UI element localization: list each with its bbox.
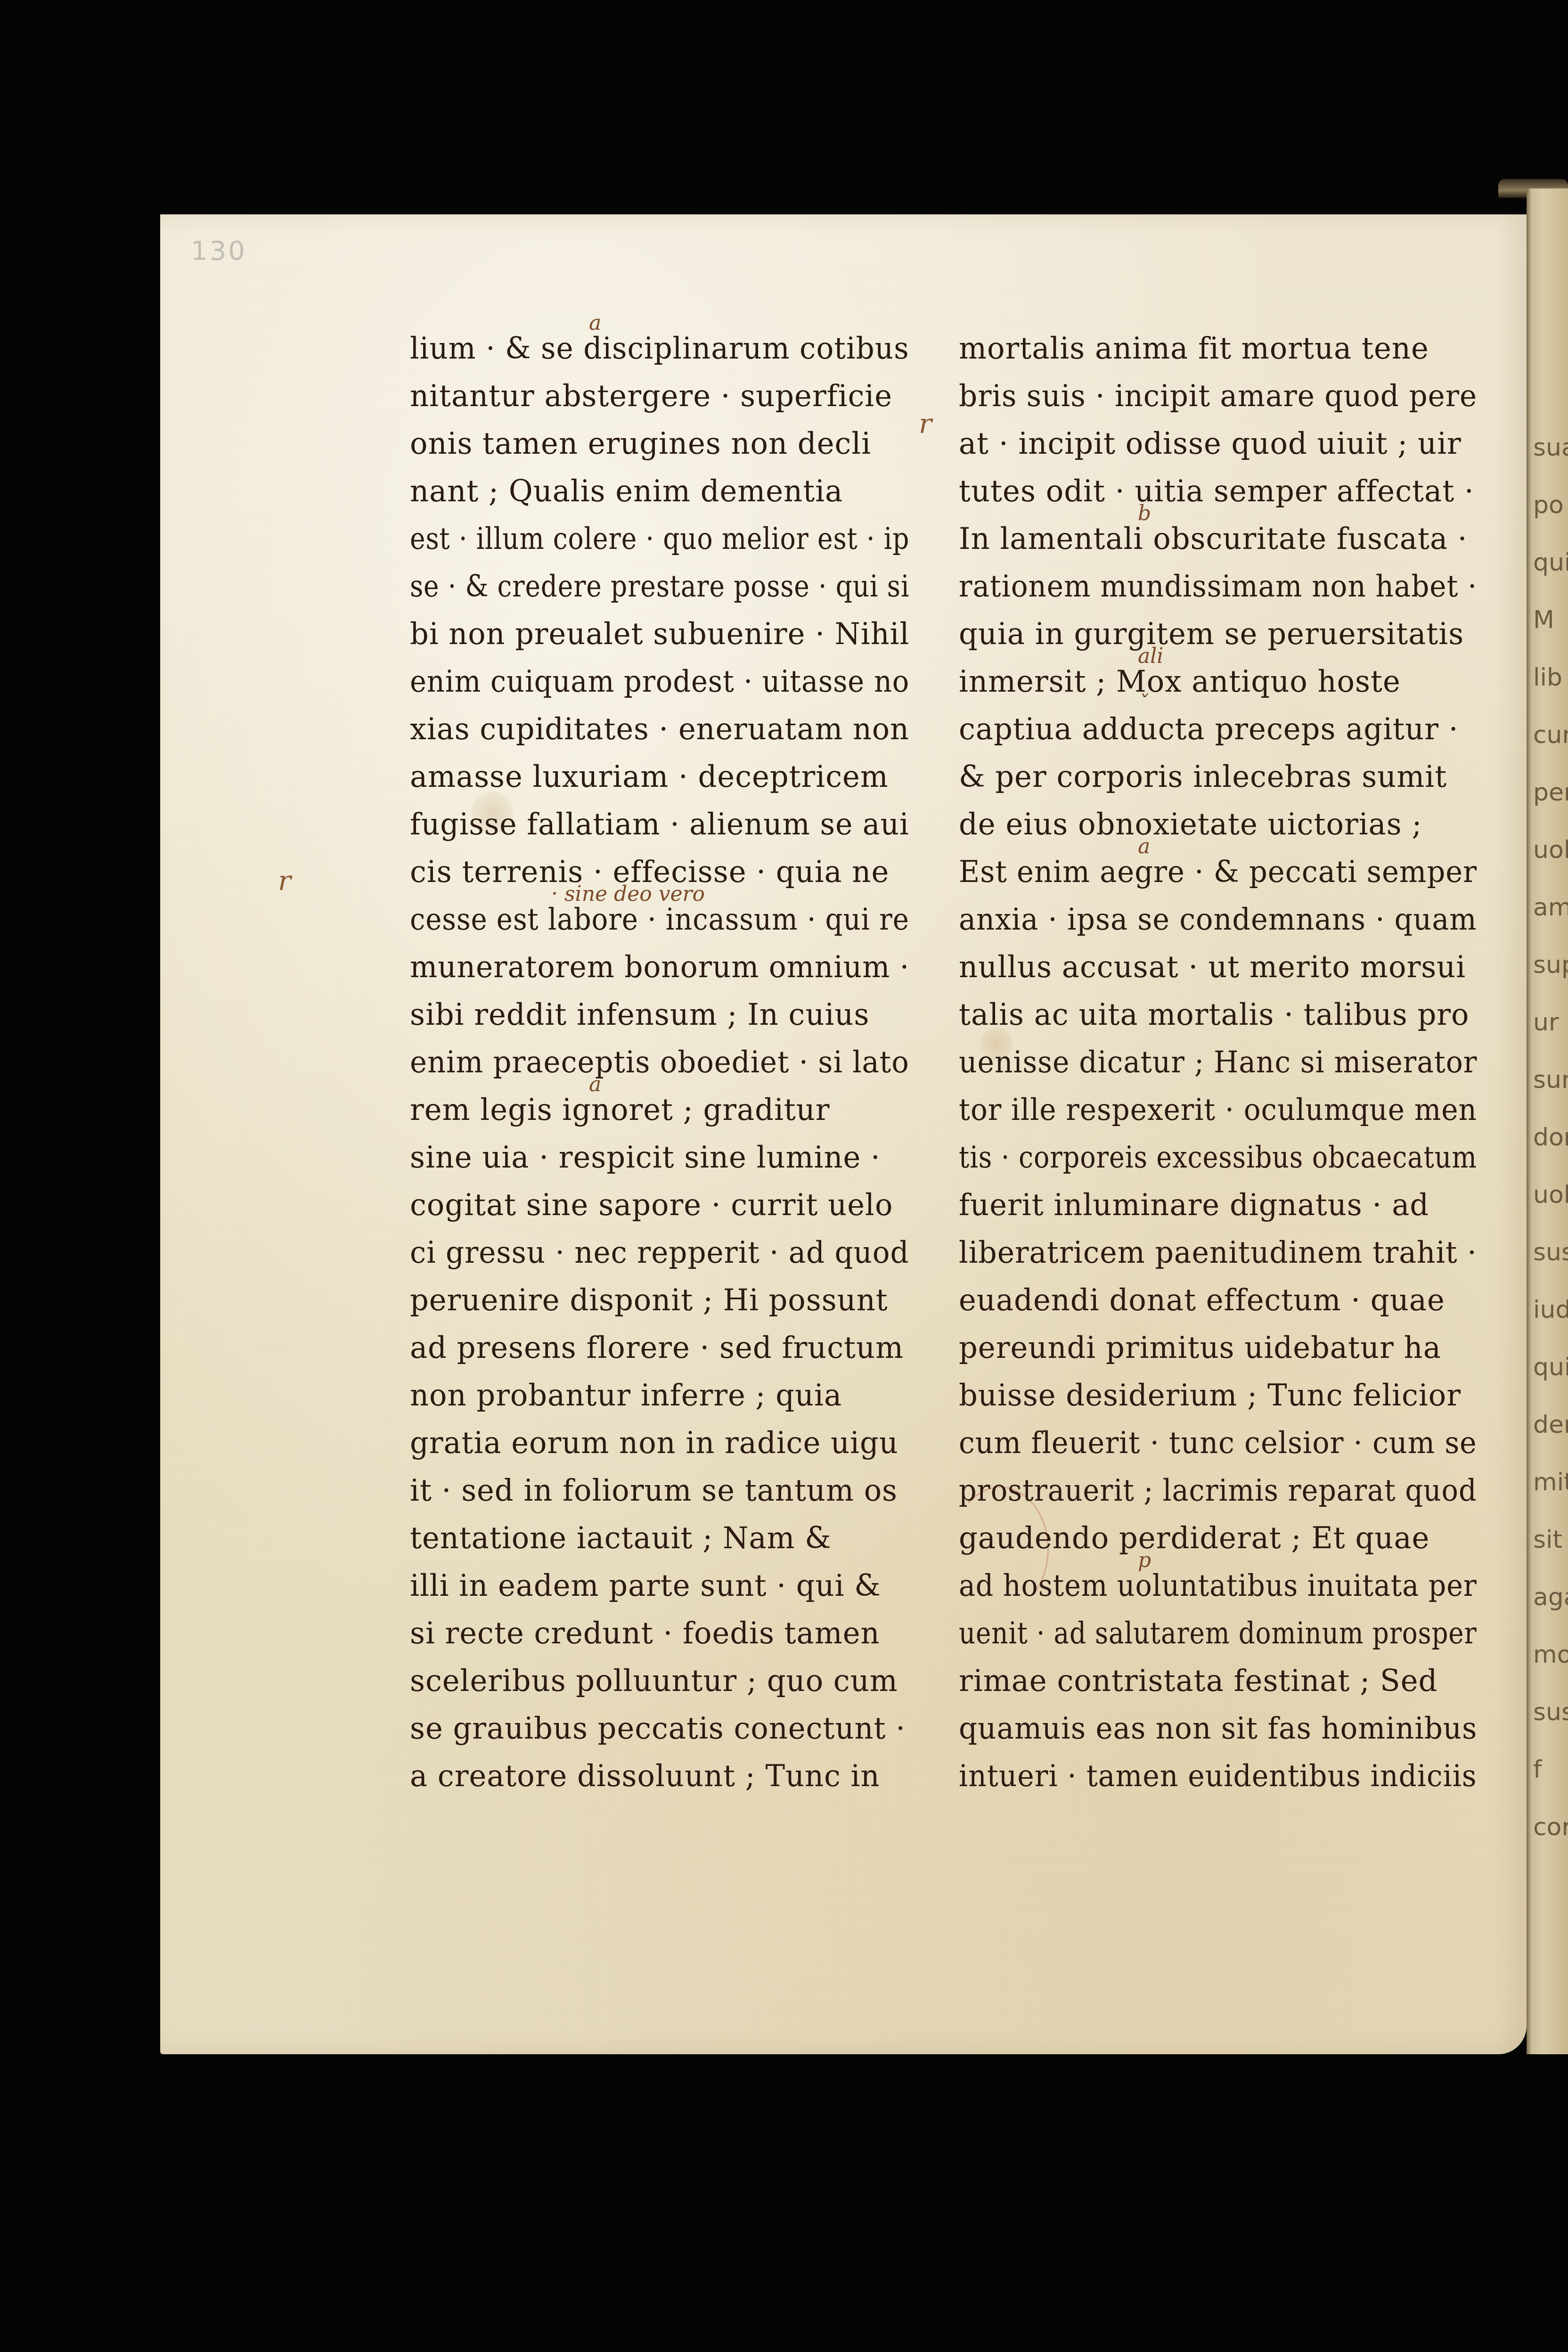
manuscript-line: se grauibus peccatis conectunt · [410, 1705, 909, 1753]
manuscript-line: quamuis eas non sit fas hominibus [959, 1705, 1468, 1753]
adjacent-page-text-fragment: uolu [1533, 1181, 1568, 1209]
adjacent-page-text-fragment: cor [1533, 1813, 1568, 1841]
manuscript-line: buisse desiderium ; Tunc felicior [959, 1372, 1477, 1420]
manuscript-line: quia in gurgitem se peruersitatis [959, 611, 1477, 658]
manuscript-line: nant ; Qualis enim dementia [410, 468, 909, 515]
manuscript-line: sibi reddit infensum ; In cuius [410, 991, 909, 1039]
manuscript-line: euadendi donat effectum · quae [959, 1277, 1477, 1324]
interlinear-gloss: · sine deo vero [551, 882, 705, 906]
manuscript-line: amasse luxuriam · deceptricem [410, 753, 909, 801]
interlinear-gloss: a [589, 311, 601, 335]
manuscript-line: cum fleuerit · tunc celsior · cum se [959, 1420, 1462, 1467]
adjacent-page-text-fragment: sit [1533, 1526, 1562, 1554]
manuscript-line: Est enim aegre · & peccati semper [959, 849, 1464, 896]
margin-mark-left: r [278, 865, 291, 897]
interlinear-gloss: a [1138, 834, 1150, 858]
manuscript-line: anxia · ipsa se condemnans · quam [959, 896, 1462, 944]
manuscript-line: est · illum colere · quo melior est · ip [410, 515, 852, 563]
manuscript-line: rimae contristata festinat ; Sed [959, 1658, 1477, 1705]
manuscript-line: bi non preualet subuenire · Nihil [410, 611, 908, 658]
manuscript-line: tor ille respexerit · oculumque men [959, 1086, 1455, 1134]
manuscript-line: intueri · tamen euidentibus indiciis [959, 1753, 1458, 1800]
manuscript-line: prostrauerit ; lacrimis reparat quod [959, 1467, 1448, 1515]
left-text-column: lium · & se disciplinarum cotibusnitantu… [410, 325, 923, 1800]
manuscript-line: illi in eadem parte sunt · qui & [410, 1562, 909, 1610]
interlinear-gloss: ˇ [1138, 692, 1148, 716]
manuscript-line: gratia eorum non in radice uigu [410, 1420, 909, 1467]
manuscript-line: enim praeceptis oboediet · si lato [410, 1039, 898, 1086]
manuscript-line: liberatricem paenitudinem trahit · [959, 1229, 1471, 1277]
manuscript-line: ad hostem uoluntatibus inuitata per [959, 1562, 1446, 1610]
manuscript-line: at · incipit odisse quod uiuit ; uir [959, 420, 1477, 468]
manuscript-line: it · sed in foliorum se tantum os [410, 1467, 909, 1515]
interlinear-gloss: a [589, 1072, 601, 1096]
manuscript-line: In lamentali obscuritate fuscata · [959, 515, 1477, 563]
manuscript-line: rationem mundissimam non habet · [959, 563, 1454, 611]
folio-number: 130 [191, 236, 247, 266]
interlinear-gloss: ali [1138, 644, 1163, 668]
adjacent-page-text-fragment: po [1533, 491, 1564, 519]
adjacent-page-text-fragment: sus [1533, 1698, 1568, 1726]
interlinear-gloss: p [1138, 1548, 1151, 1572]
adjacent-page-text-fragment: pen [1533, 778, 1568, 807]
manuscript-line: tis · corporeis excessibus obcaecatum [959, 1134, 1421, 1182]
manuscript-line: mortalis anima fit mortua tene [959, 325, 1477, 373]
adjacent-page-text-fragment: qui [1533, 548, 1568, 577]
manuscript-line: uenisse dicatur ; Hanc si miserator [959, 1039, 1457, 1086]
adjacent-page-text-fragment: deru [1533, 1411, 1568, 1439]
adjacent-page-text-fragment: M [1533, 606, 1554, 634]
manuscript-line: non probantur inferre ; quia [410, 1372, 909, 1420]
adjacent-page-edge: suapoquiMlibcunpenuoluampsupursuntdonuol… [1527, 188, 1568, 2054]
adjacent-page-text-fragment: don [1533, 1123, 1568, 1151]
manuscript-line: peruenire disponit ; Hi possunt [410, 1277, 909, 1324]
manuscript-line: captiua adducta preceps agitur · [959, 706, 1477, 753]
adjacent-page-text-fragment: sua [1533, 433, 1568, 462]
manuscript-line: uenit · ad salutarem dominum prosper [959, 1610, 1414, 1658]
manuscript-line: nullus accusat · ut merito morsui [959, 944, 1477, 991]
manuscript-line: tentatione iactauit ; Nam & [410, 1515, 909, 1562]
adjacent-page-text-fragment: lib [1533, 663, 1562, 692]
margin-mark-right: r [919, 408, 932, 440]
manuscript-line: & per corporis inlecebras sumit [959, 753, 1477, 801]
manuscript-line: a creatore dissoluunt ; Tunc in [410, 1753, 909, 1800]
manuscript-line: muneratorem bonorum omnium · [410, 944, 902, 991]
manuscript-line: onis tamen erugines non decli [410, 420, 909, 468]
interlinear-gloss: b [1138, 501, 1151, 525]
adjacent-page-text-fragment: f [1533, 1756, 1542, 1784]
adjacent-page-text-fragment: quia [1533, 1353, 1568, 1381]
manuscript-line: rem legis ignoret ; graditur [410, 1086, 909, 1134]
right-text-column: mortalis anima fit mortua tenebris suis … [959, 325, 1491, 1800]
adjacent-page-text-fragment: ur [1533, 1008, 1559, 1037]
manuscript-line: fugisse fallatiam · alienum se aui [410, 801, 904, 849]
adjacent-page-text-fragment: iudic [1533, 1296, 1568, 1324]
adjacent-page-text-fragment: mor [1533, 1641, 1568, 1669]
manuscript-line: ci gressu · nec repperit · ad quod [410, 1229, 900, 1277]
manuscript-line: sine uia · respicit sine lumine · [410, 1134, 909, 1182]
adjacent-page-text-fragment: susp [1533, 1238, 1568, 1266]
manuscript-line: se · & credere prestare posse · qui si [410, 563, 851, 611]
manuscript-line: inmersit ; Mox antiquo hoste [959, 658, 1477, 706]
adjacent-page-text-fragment: amp [1533, 893, 1568, 922]
manuscript-line: tutes odit · uitia semper affectat · [959, 468, 1477, 515]
manuscript-line: cogitat sine sapore · currit uelo [410, 1182, 909, 1229]
manuscript-line: de eius obnoxietate uictorias ; [959, 801, 1477, 849]
manuscript-line: lium · & se disciplinarum cotibus [410, 325, 902, 373]
adjacent-page-text-fragment: sunt [1533, 1066, 1568, 1094]
manuscript-line: sceleribus polluuntur ; quo cum [410, 1658, 909, 1705]
adjacent-page-text-fragment: mita [1533, 1468, 1568, 1496]
manuscript-line: enim cuiquam prodest · uitasse no [410, 658, 883, 706]
manuscript-line: si recte credunt · foedis tamen [410, 1610, 909, 1658]
manuscript-line: xias cupiditates · eneruatam non [410, 706, 907, 753]
manuscript-line: talis ac uita mortalis · talibus pro [959, 991, 1477, 1039]
adjacent-page-text-fragment: sup [1533, 951, 1568, 979]
manuscript-line: bris suis · incipit amare quod pere [959, 373, 1469, 420]
adjacent-page-text-fragment: uolu [1533, 836, 1568, 864]
adjacent-page-text-fragment: agac [1533, 1583, 1568, 1611]
manuscript-line: fuerit inluminare dignatus · ad [959, 1182, 1477, 1229]
manuscript-line: gaudendo perdiderat ; Et quae [959, 1515, 1477, 1562]
adjacent-page-text-fragment: cun [1533, 721, 1568, 749]
manuscript-line: pereundi primitus uidebatur ha [959, 1324, 1477, 1372]
manuscript-line: ad presens florere · sed fructum [410, 1324, 909, 1372]
manuscript-line: nitantur abstergere · superficie [410, 373, 909, 420]
